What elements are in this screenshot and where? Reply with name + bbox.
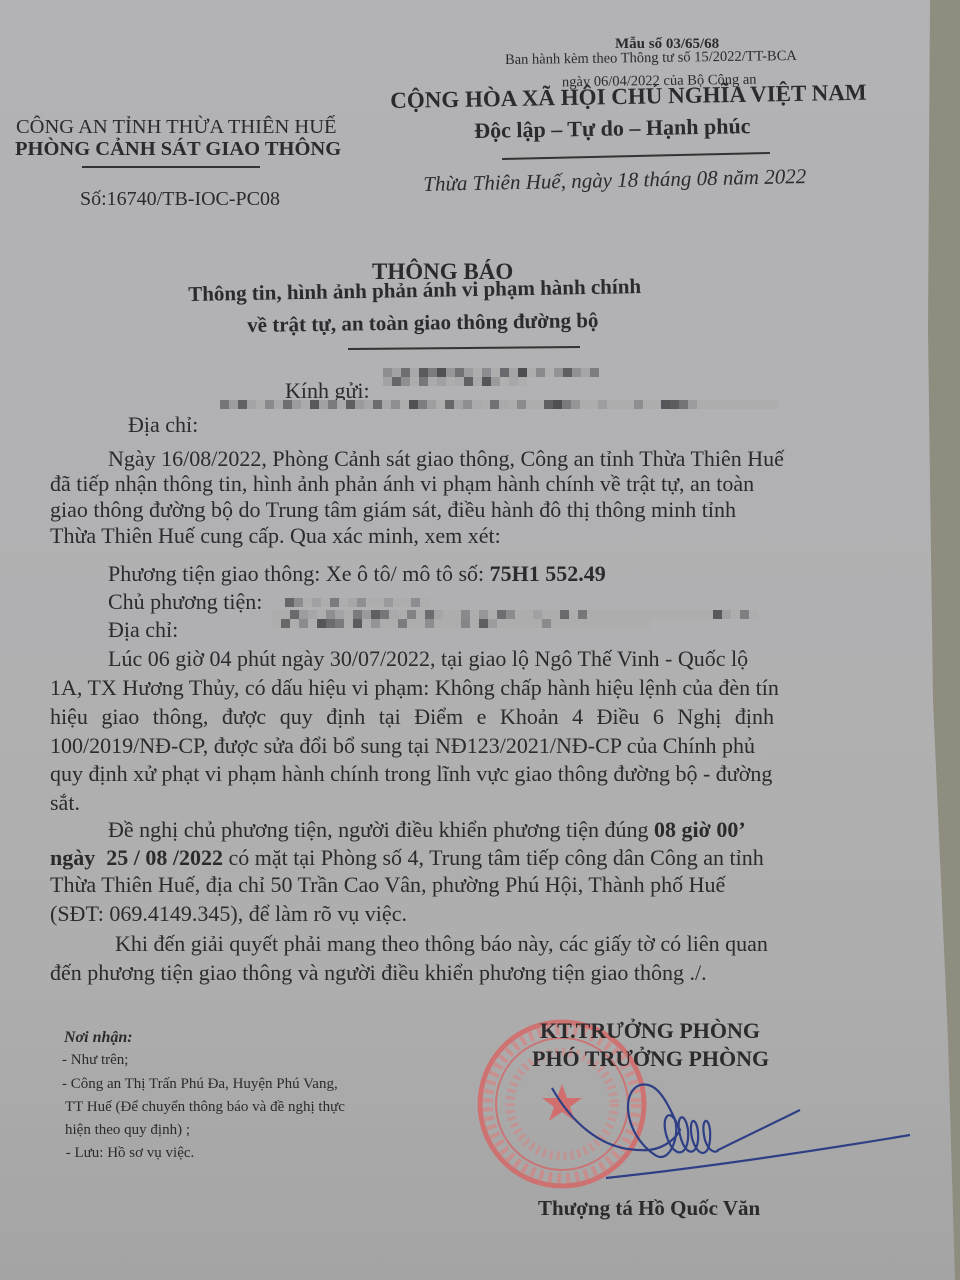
appointment-time: 08 giờ 00’ [654, 817, 746, 842]
violation-paragraph-line: 1A, TX Hương Thủy, có dấu hiệu vi phạm: … [50, 677, 779, 699]
appointment-location: có mặt tại Phòng số 4, Trung tâm tiếp cô… [223, 845, 764, 870]
signature-title-2: PHÓ TRƯỞNG PHÒNG [532, 1046, 769, 1072]
closing-paragraph-line: đến phương tiện giao thông và người điều… [50, 962, 707, 984]
license-plate: 75H1 552.49 [490, 561, 606, 586]
redacted-owner-address [272, 610, 762, 628]
document-subtitle-line2: về trật tự, an toàn giao thông đường bộ [247, 308, 599, 338]
redacted-owner-name [285, 598, 435, 607]
signature-title-1: KT.TRƯỞNG PHÒNG [540, 1018, 760, 1044]
redacted-recipient-address [220, 400, 780, 409]
appointment-date: ngày 25 / 08 /2022 [50, 845, 223, 870]
recipient-item: TT Huế (Để chuyển thông báo và đề nghị t… [65, 1099, 345, 1116]
request-text: Đề nghị chủ phương tiện, người điều khiể… [108, 817, 654, 842]
request-paragraph-line: (SĐT: 069.4149.345), để làm rõ vụ việc. [50, 903, 407, 925]
body-paragraph1-line: đã tiếp nhận thông tin, hình ảnh phản án… [50, 473, 754, 495]
agency-name: PHÒNG CẢNH SÁT GIAO THÔNG [15, 138, 341, 161]
violation-paragraph-line: quy định xử phạt vi phạm hành chính tron… [50, 763, 772, 785]
vehicle-line: Phương tiện giao thông: Xe ô tô/ mô tô s… [108, 563, 606, 585]
violation-paragraph-line: 100/2019/NĐ-CP, được sửa đổi bổ sung tại… [50, 735, 755, 757]
body-paragraph1-line: giao thông đường bộ do Trung tâm giám sá… [50, 499, 736, 521]
owner-address-label: Địa chỉ: [108, 619, 178, 641]
redacted-recipient-name [383, 368, 603, 386]
address-label: Địa chỉ: [128, 412, 198, 438]
national-motto: Độc lập – Tự do – Hạnh phúc [474, 113, 751, 144]
recipient-item: hiện theo quy định) ; [65, 1122, 190, 1139]
signer-name: Thượng tá Hồ Quốc Văn [538, 1196, 760, 1221]
request-paragraph-line: Đề nghị chủ phương tiện, người điều khiể… [108, 819, 746, 841]
violation-paragraph-line: sắt. [50, 792, 80, 814]
recipient-item: - Lưu: Hồ sơ vụ việc. [62, 1145, 194, 1162]
request-paragraph-line: ngày 25 / 08 /2022 có mặt tại Phòng số 4… [50, 847, 764, 869]
request-paragraph-line: Thừa Thiên Huế, địa chỉ 50 Trần Cao Vân,… [50, 874, 725, 896]
body-paragraph1-line: Thừa Thiên Huế cung cấp. Qua xác minh, x… [50, 525, 501, 547]
recipient-item: - Như trên; [62, 1052, 128, 1069]
closing-paragraph-line: Khi đến giải quyết phải mang theo thông … [115, 933, 768, 955]
owner-label: Chủ phương tiện: [108, 591, 262, 613]
agency-underline [82, 166, 260, 168]
agency-parent: CÔNG AN TỈNH THỪA THIÊN HUẾ [16, 116, 337, 139]
violation-paragraph-line: hiệu giao thông, được quy định tại Điểm … [50, 706, 774, 728]
document-number: Số:16740/TB-IOC-PC08 [80, 188, 280, 211]
body-paragraph1-line: Ngày 16/08/2022, Phòng Cảnh sát giao thô… [108, 448, 784, 470]
vehicle-label: Phương tiện giao thông: Xe ô tô/ mô tô s… [108, 561, 490, 586]
violation-paragraph-line: Lúc 06 giờ 04 phút ngày 30/07/2022, tại … [108, 648, 748, 670]
recipients-heading: Nơi nhận: [64, 1029, 133, 1047]
recipient-item: - Công an Thị Trấn Phú Đa, Huyện Phú Van… [62, 1076, 338, 1093]
handwritten-signature-icon [540, 1080, 960, 1200]
